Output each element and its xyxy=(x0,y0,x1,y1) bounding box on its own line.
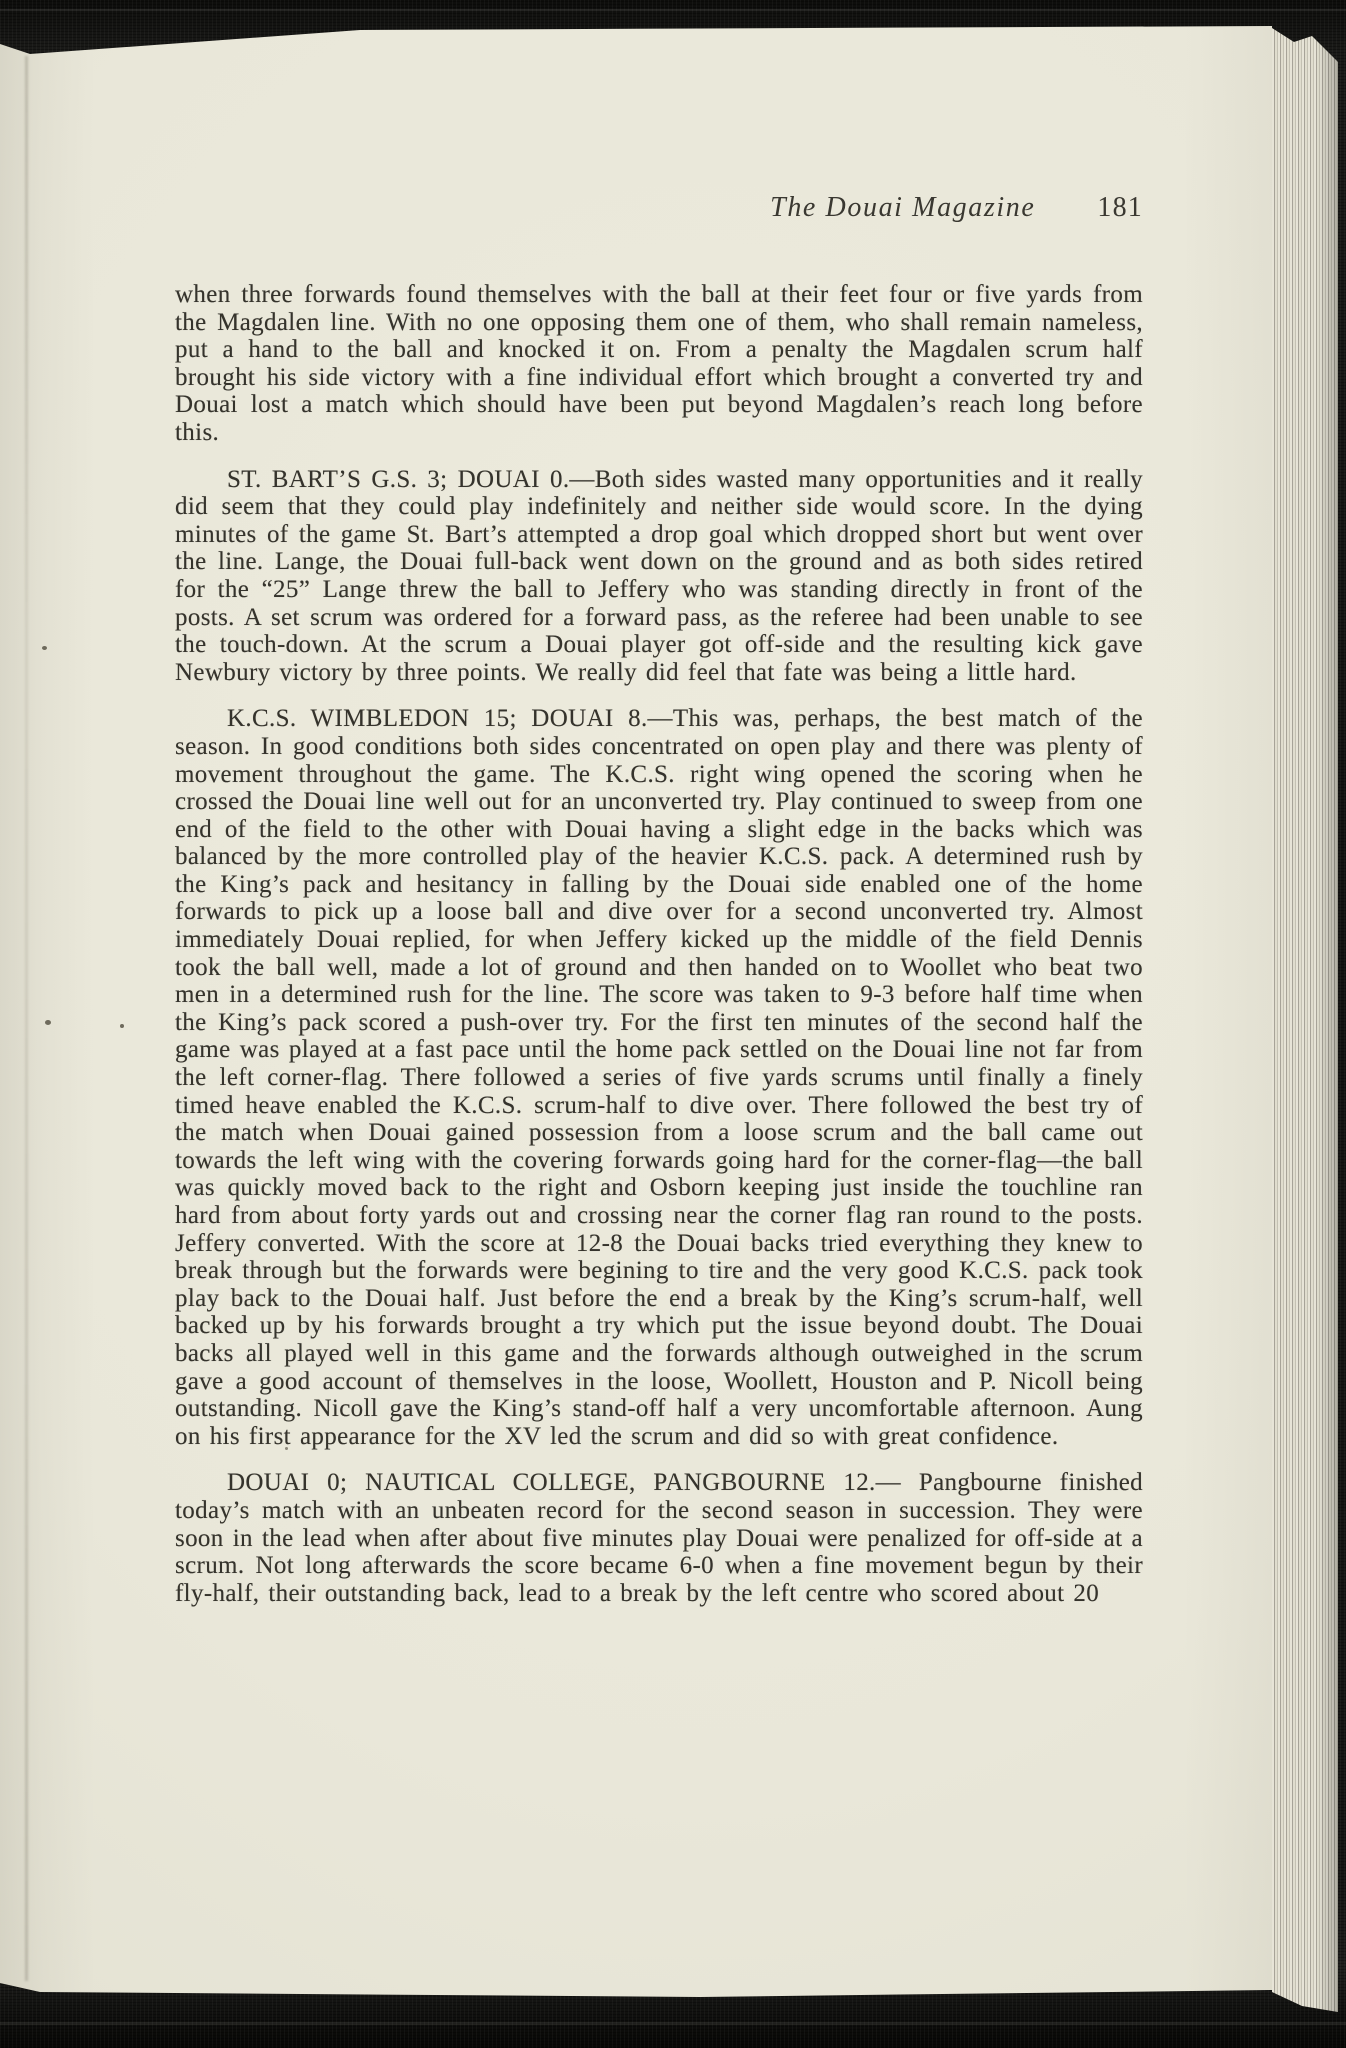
scan-speck xyxy=(45,1020,51,1025)
page-number: 181 xyxy=(1097,194,1143,222)
paragraph-kcs-wimbledon: K.C.S. WIMBLEDON 15; DOUAI 8.—This was, … xyxy=(175,705,1143,1450)
cover-top-seam xyxy=(0,9,1346,11)
magazine-page: The Douai Magazine 181 when three forwar… xyxy=(0,0,1272,2004)
scan-speck xyxy=(120,1024,124,1028)
scan-speck xyxy=(285,1447,288,1450)
scan-speck xyxy=(42,646,47,650)
paragraph-nautical-college: DOUAI 0; NAUTICAL COLLEGE, PANGBOURNE 12… xyxy=(175,1469,1143,1607)
page-header: The Douai Magazine 181 xyxy=(175,194,1143,222)
paragraph-st-barts: ST. BART’S G.S. 3; DOUAI 0.—Both sides w… xyxy=(175,466,1143,687)
magazine-title: The Douai Magazine xyxy=(770,194,1035,222)
page-body: when three forwards found themselves wit… xyxy=(175,281,1143,1626)
gutter-crease xyxy=(25,56,28,1981)
cover-bottom-seam xyxy=(0,2022,1346,2025)
page-edges-stack xyxy=(1272,0,1338,2016)
paragraph-magdalen-continuation: when three forwards found themselves wit… xyxy=(175,281,1143,447)
